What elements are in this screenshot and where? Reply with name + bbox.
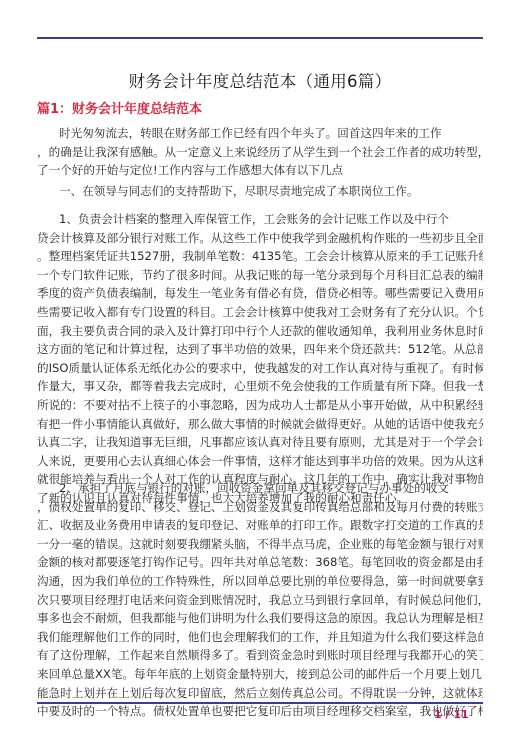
text-line: 事多也会不耐烦，但我都能与他们讲明为什么我们要得这急的原因。我总认为理解是相互的… (37, 609, 483, 628)
text-line: 我们能理解他们工作的同时，他们也会理解我们的工作，并且知道为什么我们要这样急的理… (37, 628, 483, 647)
text-line: 些需要记收入都有专门设置的科目。工会会计核算中使我对工会财务有了充分认识。个贷业… (37, 303, 483, 322)
page-number: 1 / 11 (434, 708, 469, 721)
text-line: ，债权处置单的复印、移交、登记、上划资金及其复印传真给总部和及每月付费的转账支票… (37, 498, 483, 517)
text-line: 时光匆匆流去，转眼在财务部工作已经有四个年头了。回首这四年来的工作 (37, 124, 483, 143)
paragraph-item-1: 1、负责会计档案的整理入库保管工作，工会账务的会计记账工作以及中行个 贷会计核算… (37, 210, 483, 508)
paragraph-point-one: 一、在领导与同志们的支持帮助下，尽职尽责地完成了本职岗位工作。 (37, 182, 483, 201)
text-line: ，的确是让我深有感触。从一定意义上来说经历了从学生到一个社会工作者的成功转型，同… (37, 143, 483, 162)
text-line: 有了这份理解，工作起来自然顺得多了。看到资金急时到账时项目经理与我都开心的笑了。… (37, 646, 483, 665)
text-line: 作量大，事又杂，都等着我去完成时，心里烦不免会使我的工作质量有所下降。但我一想到… (37, 377, 483, 396)
text-line: 。整理档案凭证共1527册，我制单笔数：4135笔。工会会计核算从原来的手工记账… (37, 247, 483, 266)
text-line: 一个专门软件记账，节约了很多时间。从我记账的每一笔分录到每个月科目汇总表的编制和… (37, 266, 483, 285)
section-heading: 篇1：财务会计年度总结范本 (37, 98, 202, 117)
text-line: 1、负责会计档案的整理入库保管工作，工会账务的会计记账工作以及中行个 (37, 210, 483, 229)
paragraph-item-2: 2、承担了月底与银行的对账，回收资金拿回单及其移交登记与办事处的收文 ，债权处置… (37, 479, 483, 721)
header-rule (37, 37, 483, 39)
text-line: 来回单总量XX笔。每年年底的上划资金量特别大，接到总公司的邮件后一个月要上划几次… (37, 665, 483, 684)
text-line: 所说的：不要对拈不上筷子的小事忽略，因为成功人士都是从小事开始做，从中积累经验的… (37, 396, 483, 415)
text-line: 的ISO质量认证体系无纸化办公的要求中，使我越发的对工作认真对待与重视了。有时候… (37, 359, 483, 378)
text-line: 中要及时的一个特点。债权处置单也要把它复印后由项目经理移交档案室，我也做好了相关… (37, 702, 483, 721)
text-line: 季度的资产负债表编制，每发生一笔业务有借必有贷，借贷必相等。哪些需要记入费用成本… (37, 284, 483, 303)
text-line: 一分一毫的错误。这就时刻要我绷紧头脑，不得半点马虎，企业账的每笔金额与银行对账单… (37, 535, 483, 554)
text-line: 一、在领导与同志们的支持帮助下，尽职尽责地完成了本职岗位工作。 (37, 182, 483, 201)
text-line: 有把一件小事情能认真做好，那么做大事情的时候就会做得更好。从她的话语中使我充分认… (37, 415, 483, 434)
text-line: 面，我主要负责合同的录入及计算打印中行个人还款的催收通知单，我利用业务休息时间总… (37, 322, 483, 341)
paragraph-intro: 时光匆匆流去，转眼在财务部工作已经有四个年头了。回首这四年来的工作 ，的确是让我… (37, 124, 483, 180)
text-line: 了一个好的开始与定位!工作内容与工作感想大体有以下几点 (37, 161, 483, 180)
document-title: 财务会计年度总结范本（通用6篇） (0, 68, 520, 92)
text-line: 人来说，更要用心去认真细心体会一件事情，这样才能达到事半功倍的效果。因为从这种小… (37, 452, 483, 471)
text-line: 认真二字，让我知道事无巨细，凡事都应该认真对待且要有原则，尤其是对于一个学会计专… (37, 433, 483, 452)
text-line: 2、承担了月底与银行的对账，回收资金拿回单及其移交登记与办事处的收文 (37, 479, 483, 498)
text-line: 贷会计核算及部分银行对账工作。从这些工作中使我学到金融机构作账的一些初步且全面的… (37, 229, 483, 248)
text-line: 能急时上划并在上划后每次复印留底，然后立刻传真总公司。不得耽误一分钟，这就体现了… (37, 684, 483, 703)
text-line: 次只要项目经理打电话来问资金到账情况时，我总立马到银行拿回单，有时候总问他们，他… (37, 591, 483, 610)
text-line: 沟通，因为我们单位的工作特殊性，所以回单总要比别的单位要得急，第一时间就要拿到手… (37, 572, 483, 591)
text-line: 汇、收据及业务费用申请表的复印登记、对账单的打印工作。跟数字打交道的工作真的是不… (37, 516, 483, 535)
footer-rule (37, 702, 483, 704)
text-line: 这方面的笔记和计算过程，达到了事半功倍的效果，四年来个贷还款共：512笔。从总部… (37, 340, 483, 359)
text-line: 金额的核对都要逐笔打钩作记号。四年共对单总笔数：368笔。每笔回收的资金都是由我… (37, 553, 483, 572)
